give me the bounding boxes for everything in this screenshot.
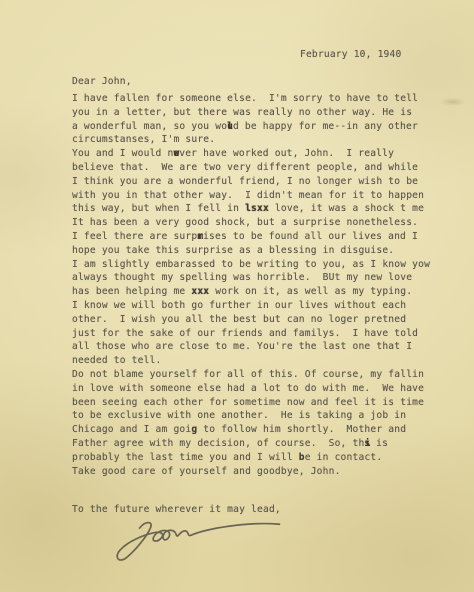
- letter-line: all those who are close to me. You're th…: [72, 340, 444, 354]
- letter-page: February 10, 1940 Dear John, I have fall…: [0, 0, 474, 592]
- letter-salutation: Dear John,: [72, 75, 132, 89]
- letter-line: I know we will both go further in our li…: [72, 299, 444, 313]
- letter-line: Take good care of yourself and goodbye, …: [72, 465, 444, 479]
- letter-line: with you in that other way. I didn't mea…: [72, 189, 444, 203]
- letter-line: other. I wish you all the best but can n…: [72, 313, 444, 327]
- letter-line: you in a letter, but there was really no…: [72, 106, 444, 120]
- letter-line: circumstanses, I'm sure.: [72, 133, 444, 147]
- letter-line: hope you take this surprise as a blessin…: [72, 244, 444, 258]
- letter-line: believe that. We are two very different …: [72, 161, 444, 175]
- letter-line: has been helping me xxx work on it, as w…: [72, 285, 444, 299]
- letter-line: I think you are a wonderful friend, I no…: [72, 175, 444, 189]
- letter-line: this way, but when I fell in lsxx love, …: [72, 202, 444, 216]
- letter-line: I am slightly embarassed to be writing t…: [72, 258, 444, 272]
- letter-line: in love with someone else had a lot to d…: [72, 382, 444, 396]
- letter-line: just for the sake of our friends and fam…: [72, 327, 444, 341]
- letter-line: Chicago and I am goig to follow him shor…: [72, 423, 444, 437]
- letter-line: been seeing each other for sometime now …: [72, 396, 444, 410]
- letter-line: needed to tell.: [72, 354, 444, 368]
- letter-line: You and I would newver have worked out, …: [72, 147, 444, 161]
- letter-line: always thought my spelling was horrible.…: [72, 271, 444, 285]
- letter-line: It has been a very good shock, but a sur…: [72, 216, 444, 230]
- letter-line: Do not blame yourself for all of this. O…: [72, 368, 444, 382]
- letter-line: probably the last time you and I will be…: [72, 451, 444, 465]
- letter-line: I feel there are surprmises to be found …: [72, 230, 444, 244]
- signature-jean: Jean: [109, 511, 291, 569]
- letter-line: to be exclusive with one another. He is …: [72, 409, 444, 423]
- letter-line: I have fallen for someone else. I'm sorr…: [72, 92, 444, 106]
- signature-ink-stroke: Jean: [109, 511, 291, 569]
- letter-line: Father agree with my decision, of course…: [72, 437, 444, 451]
- letter-line: a wonderful man, so you would be happy f…: [72, 120, 444, 134]
- letter-date: February 10, 1940: [300, 48, 401, 62]
- letter-body: I have fallen for someone else. I'm sorr…: [72, 92, 444, 478]
